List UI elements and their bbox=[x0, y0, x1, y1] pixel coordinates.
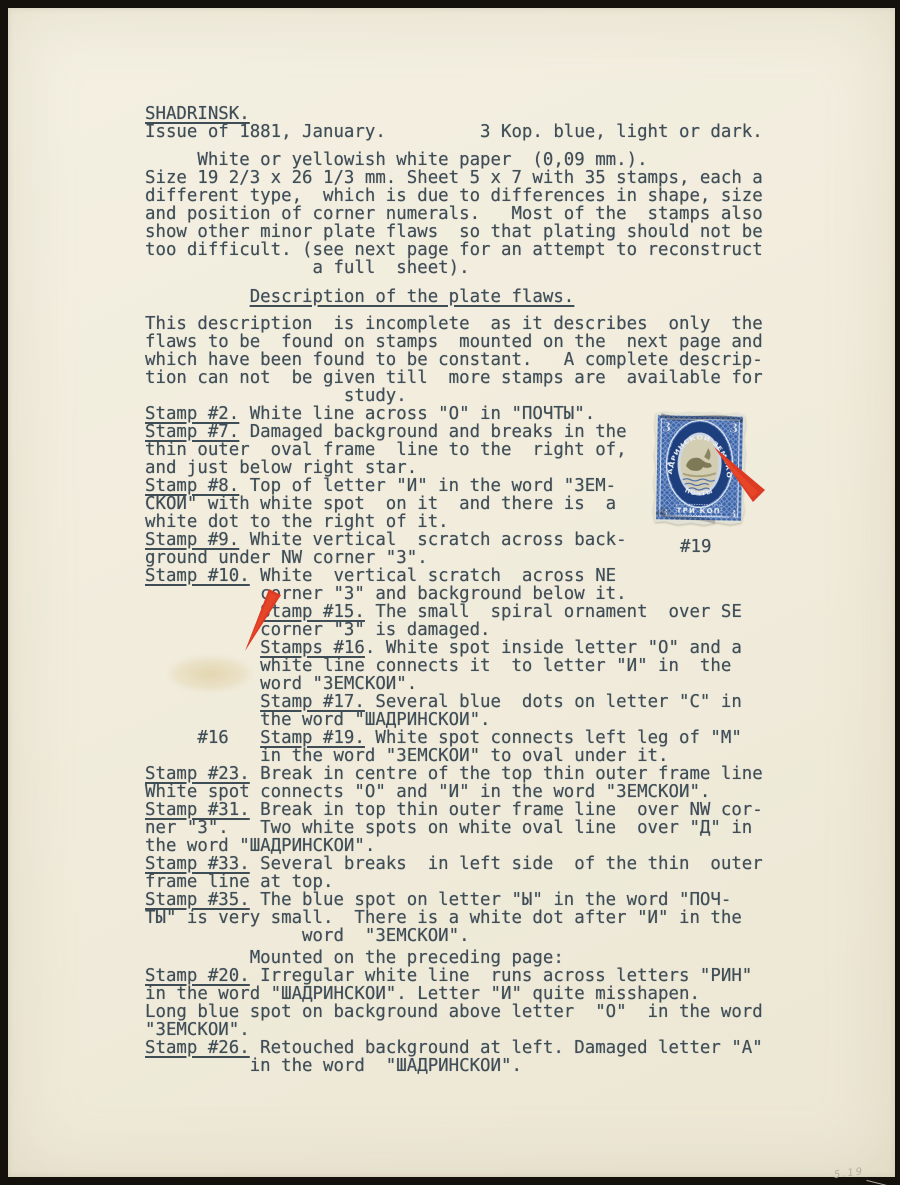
typed-line: ground under NW corner "3". bbox=[145, 549, 763, 567]
red-arrow-stamp-icon bbox=[708, 442, 770, 506]
typed-line: Long blue spot on background above lette… bbox=[145, 1003, 763, 1021]
typed-line: Stamp #23. Break in centre of the top th… bbox=[145, 765, 763, 783]
album-page: SHADRINSK.Issue of 1881, January. 3 Kop.… bbox=[8, 8, 895, 1177]
typed-line: a full sheet). bbox=[145, 259, 763, 277]
typed-line: different type, which is due to differen… bbox=[145, 187, 763, 205]
typed-line: study. bbox=[145, 387, 763, 405]
stamp-corner-numeral: 3 bbox=[662, 420, 671, 435]
typed-line: in the word "ШАДРИНСКОИ". Letter "И" qui… bbox=[145, 985, 763, 1003]
typed-line: ner "3". Two white spots on white oval l… bbox=[145, 819, 763, 837]
glue-stain bbox=[168, 656, 252, 692]
typed-line: tion can not be given till more stamps a… bbox=[145, 369, 763, 387]
typed-line: flaws to be found on stamps mounted on t… bbox=[145, 333, 763, 351]
typed-line: Description of the plate flaws. bbox=[145, 288, 763, 306]
typed-line: in the word "ЗЕМСКОИ" to oval under it. bbox=[145, 747, 763, 765]
typed-line: show other minor plate flaws so that pla… bbox=[145, 223, 763, 241]
typed-line: #16 Stamp #19. White spot connects left … bbox=[145, 729, 763, 747]
red-arrow-margin-icon bbox=[238, 585, 286, 655]
stamp-caption: #19 bbox=[680, 538, 711, 556]
typed-line: Stamp #9. White vertical scratch across … bbox=[145, 531, 763, 549]
typed-line: Stamp #31. Break in top thin outer frame… bbox=[145, 801, 763, 819]
typed-line: Stamp #33. Several breaks in left side o… bbox=[145, 855, 763, 873]
typed-line: the word "ШАДРИНСКОИ". bbox=[145, 711, 763, 729]
typed-line: Stamp #35. The blue spot on letter "Ы" i… bbox=[145, 891, 763, 909]
typed-line: Stamp #10. White vertical scratch across… bbox=[145, 567, 763, 585]
typed-line: This description is incomplete as it des… bbox=[145, 315, 763, 333]
postmark-smudge bbox=[661, 415, 743, 420]
stamp-corner-numeral: 3 bbox=[729, 508, 737, 521]
typed-line: Size 19 2/3 x 26 1/3 mm. Sheet 5 x 7 wit… bbox=[145, 169, 763, 187]
typed-line: "ЗЕМСКОИ". bbox=[145, 1021, 763, 1039]
typed-line: frame line at top. bbox=[145, 873, 763, 891]
typed-line: Stamp #26. Retouched background at left.… bbox=[145, 1039, 763, 1057]
typed-line: ТЫ" is very small. There is a white dot … bbox=[145, 909, 763, 927]
typed-line: Mounted on the preceding page: bbox=[145, 949, 763, 967]
typed-line: Stamp #17. Several blue dots on letter "… bbox=[145, 693, 763, 711]
corner-scratch bbox=[866, 1180, 899, 1185]
stamp-corner-numeral: 3 bbox=[729, 422, 738, 437]
typed-line: the word "ШАДРИНСКОИ". bbox=[145, 837, 763, 855]
typed-line: White spot connects "O" and "И" in the w… bbox=[145, 783, 763, 801]
typed-line: word "ЗЕМСКОИ". bbox=[145, 927, 763, 945]
typed-line: Stamp #20. Irregular white line runs acr… bbox=[145, 967, 763, 985]
pencil-note: 5.19 bbox=[833, 1166, 864, 1181]
typed-line: which have been found to be constant. A … bbox=[145, 351, 763, 369]
typed-line: White or yellowish white paper (0,09 mm.… bbox=[145, 151, 763, 169]
stamp-value-text: ТРИ КОП bbox=[677, 507, 721, 516]
typed-line: in the word "ШАДРИНСКОИ". bbox=[145, 1057, 763, 1075]
typed-line: Issue of 1881, January. 3 Kop. blue, lig… bbox=[145, 123, 763, 141]
typed-line: and position of corner numerals. Most of… bbox=[145, 205, 763, 223]
typed-line: SHADRINSK. bbox=[145, 105, 763, 123]
typed-line: too difficult. (see next page for an att… bbox=[145, 241, 763, 259]
